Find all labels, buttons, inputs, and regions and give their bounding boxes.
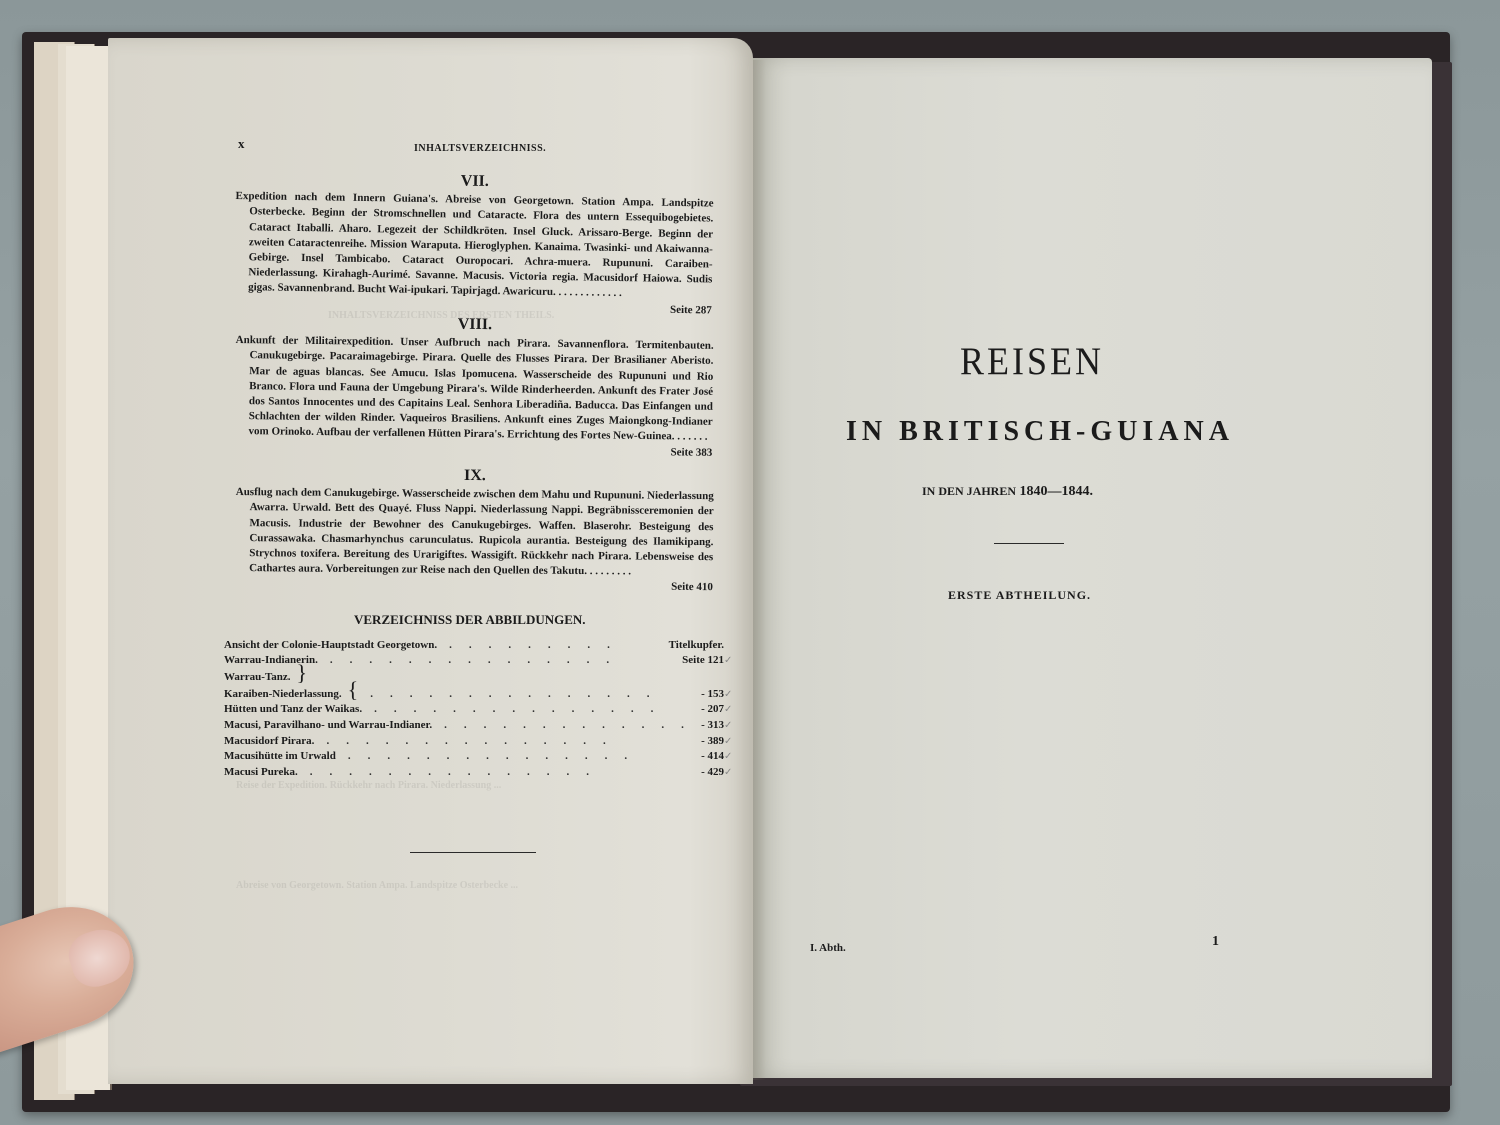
leader-dots: ............... bbox=[318, 653, 682, 668]
leader-dots: ............... bbox=[314, 734, 701, 749]
signature-mark: I. Abth. bbox=[810, 942, 846, 954]
item-title: Macusi, Paravilhano- und Warrau-Indianer… bbox=[224, 718, 432, 733]
check-mark-icon: ✓ bbox=[724, 654, 734, 669]
item-title: Macusihütte im Urwald bbox=[224, 749, 336, 764]
item-page: - 313 bbox=[701, 718, 724, 733]
leader-dots: ......... bbox=[437, 638, 669, 653]
end-rule bbox=[410, 852, 536, 853]
toc-section-ix: IX. Ausflug nach dem Canukugebirge. Wass… bbox=[235, 466, 714, 596]
item-page: Seite 121 bbox=[682, 653, 724, 668]
page-number: 1 bbox=[1212, 934, 1219, 950]
section-text: Ausflug nach dem Canukugebirge. Wassersc… bbox=[235, 485, 714, 580]
item-page: - 207 bbox=[701, 702, 724, 717]
part-label: ERSTE ABTHEILUNG. bbox=[948, 588, 1091, 603]
list-item: Ansicht der Colonie-Hauptstadt Georgetow… bbox=[224, 638, 734, 653]
section-text: Expedition nach dem Innern Guiana's. Abr… bbox=[234, 189, 714, 303]
list-item: Macusidorf Pirara. ............... - 389… bbox=[224, 734, 734, 750]
show-through-text: Abreise von Georgetown. Station Ampa. La… bbox=[236, 878, 736, 893]
item-title: Hütten und Tanz der Waikas. bbox=[224, 702, 362, 717]
check-mark-icon: ✓ bbox=[724, 719, 734, 734]
item-page: - 153 bbox=[701, 687, 724, 702]
section-text: Ankunft der Militairexpedition. Unser Au… bbox=[234, 333, 713, 445]
check-mark-icon: ✓ bbox=[724, 735, 734, 750]
title-line-1: REISEN bbox=[960, 338, 1104, 384]
section-page-ref: Seite 410 bbox=[235, 576, 713, 595]
leader-dots: ............... bbox=[358, 687, 701, 702]
title-divider bbox=[994, 543, 1064, 544]
item-title: Ansicht der Colonie-Hauptstadt Georgetow… bbox=[224, 638, 437, 653]
right-page[interactable]: REISEN IN BRITISCH-GUIANA IN DEN JAHREN … bbox=[752, 58, 1432, 1078]
item-title: Macusidorf Pirara. bbox=[224, 734, 314, 749]
item-page: - 389 bbox=[701, 734, 724, 749]
title-line-2: IN BRITISCH-GUIANA bbox=[846, 416, 1234, 448]
item-page: - 414 bbox=[701, 749, 724, 764]
list-item: Macusihütte im Urwald ............... - … bbox=[224, 749, 734, 765]
check-mark-icon: ✓ bbox=[724, 703, 734, 718]
illustrations-heading: VERZEICHNISS DER ABBILDUNGEN. bbox=[354, 612, 586, 628]
section-numeral: IX. bbox=[236, 466, 714, 485]
brace-icon: } bbox=[297, 668, 308, 678]
toc-section-viii: VIII. Ankunft der Militairexpedition. Un… bbox=[234, 314, 714, 461]
item-page: Titelkupfer. bbox=[669, 638, 724, 653]
list-item: Hütten und Tanz der Waikas. ............… bbox=[224, 702, 734, 718]
title-years: IN DEN JAHREN 1840—1844. bbox=[922, 484, 1093, 500]
leader-dots: ............... bbox=[362, 702, 701, 717]
toc-section-vii: VII. Expedition nach dem Innern Guiana's… bbox=[234, 170, 714, 318]
running-head: INHALTSVERZEICHNISS. bbox=[414, 143, 546, 154]
check-mark-icon: ✓ bbox=[724, 766, 734, 781]
list-item: Macusi, Paravilhano- und Warrau-Indianer… bbox=[224, 718, 734, 734]
brace-icon: { bbox=[348, 685, 359, 695]
check-mark-icon: ✓ bbox=[724, 750, 734, 765]
list-item: Warrau-Tanz. } bbox=[224, 668, 734, 685]
section-numeral: VII. bbox=[236, 170, 714, 193]
item-title: Warrau-Tanz. bbox=[224, 670, 291, 685]
page-number: x bbox=[238, 136, 245, 152]
illustrations-list: Ansicht der Colonie-Hauptstadt Georgetow… bbox=[224, 638, 734, 780]
item-page: - 429 bbox=[701, 765, 724, 780]
item-title: Macusi Pureka. bbox=[224, 765, 298, 780]
item-title: Karaiben-Niederlassung. bbox=[224, 687, 342, 702]
years-prefix: IN DEN JAHREN bbox=[922, 484, 1016, 498]
years-range: 1840—1844. bbox=[1020, 484, 1094, 499]
list-item: Karaiben-Niederlassung. { ..............… bbox=[224, 685, 734, 703]
left-page[interactable]: INHALTSVERZEICHNISS DES ERSTEN THEILS. R… bbox=[108, 38, 753, 1084]
check-mark-icon: ✓ bbox=[724, 688, 734, 703]
list-item: Macusi Pureka. ............... - 429 ✓ bbox=[224, 765, 734, 781]
leader-dots: ............... bbox=[298, 765, 701, 780]
leader-dots: ............... bbox=[336, 749, 701, 764]
leader-dots: ............... bbox=[432, 718, 701, 733]
